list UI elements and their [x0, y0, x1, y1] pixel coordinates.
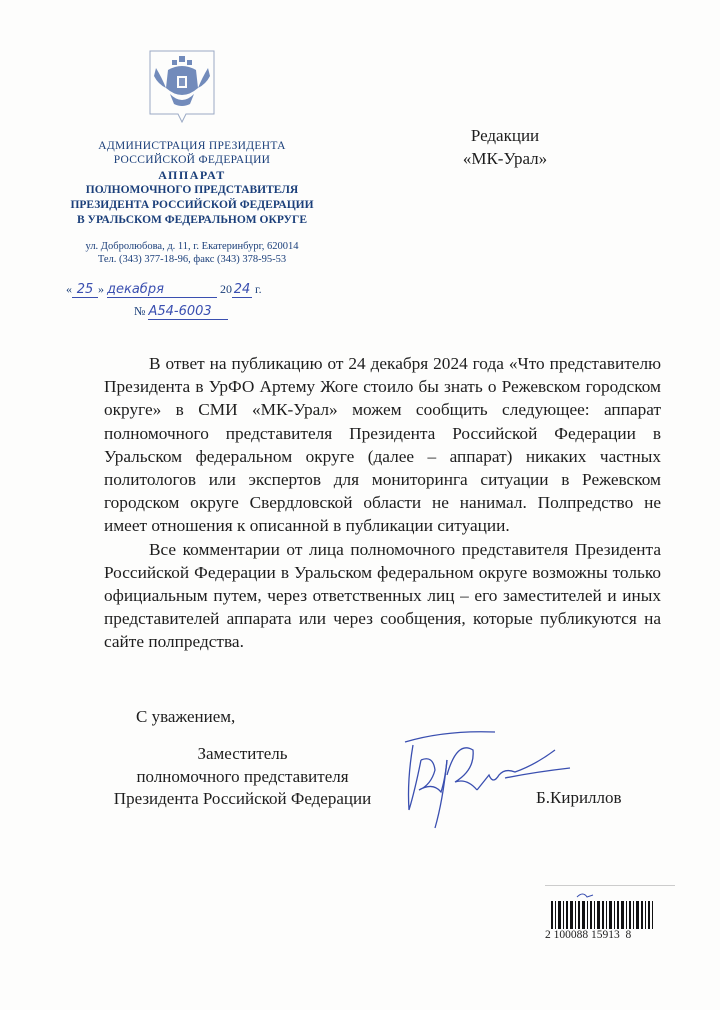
apparatus-title: АППАРАТ: [62, 168, 322, 183]
org-line-3: В УРАЛЬСКОМ ФЕДЕРАЛЬНОМ ОКРУГЕ: [62, 213, 322, 228]
org-line-1: ПОЛНОМОЧНОГО ПРЕДСТАВИТЕЛЯ: [62, 183, 322, 198]
number-label: №: [134, 304, 145, 318]
signature-icon: [385, 720, 595, 830]
barcode-icon: [549, 891, 679, 931]
paragraph-2: Все комментарии от лица полномочного пре…: [104, 538, 661, 654]
regards: С уважением,: [136, 707, 235, 727]
eagle-icon: [146, 48, 218, 130]
recipient-block: Редакции «МК-Урал»: [420, 124, 590, 170]
letter-body: В ответ на публикацию от 24 декабря 2024…: [104, 352, 661, 654]
admin-header: АДМИНИСТРАЦИЯ ПРЕЗИДЕНТА РОССИЙСКОЙ ФЕДЕ…: [62, 139, 322, 167]
barcode: 2 100088 15913 8: [545, 885, 680, 945]
document-number: А54-6003: [148, 304, 228, 320]
signer-position: Заместитель полномочного представителя П…: [100, 743, 385, 811]
org-line-2: ПРЕЗИДЕНТА РОССИЙСКОЙ ФЕДЕРАЦИИ: [62, 198, 322, 213]
phone-fax: Тел. (343) 377-18-96, факс (343) 378-95-…: [62, 254, 322, 267]
date-line: «25» декабря 2024 г. № А54-6003: [66, 282, 326, 320]
paragraph-1: В ответ на публикацию от 24 декабря 2024…: [104, 352, 661, 538]
address: ул. Добролюбова, д. 11, г. Екатеринбург,…: [62, 241, 322, 254]
signer-name: Б.Кириллов: [536, 788, 622, 808]
date-day: 25: [72, 282, 98, 298]
barcode-number: 2 100088 15913 8: [545, 929, 631, 941]
recipient-line-2: «МК-Урал»: [420, 147, 590, 170]
admin-line-2: РОССИЙСКОЙ ФЕДЕРАЦИИ: [62, 153, 322, 167]
coat-of-arms-emblem: [146, 48, 218, 130]
signature: [385, 720, 595, 830]
contact-info: ул. Добролюбова, д. 11, г. Екатеринбург,…: [62, 241, 322, 266]
organization-name: ПОЛНОМОЧНОГО ПРЕДСТАВИТЕЛЯ ПРЕЗИДЕНТА РО…: [62, 183, 322, 228]
date-month: декабря: [107, 282, 217, 298]
recipient-line-1: Редакции: [420, 124, 590, 147]
admin-line-1: АДМИНИСТРАЦИЯ ПРЕЗИДЕНТА: [62, 139, 322, 153]
date-year: 24: [232, 282, 252, 298]
